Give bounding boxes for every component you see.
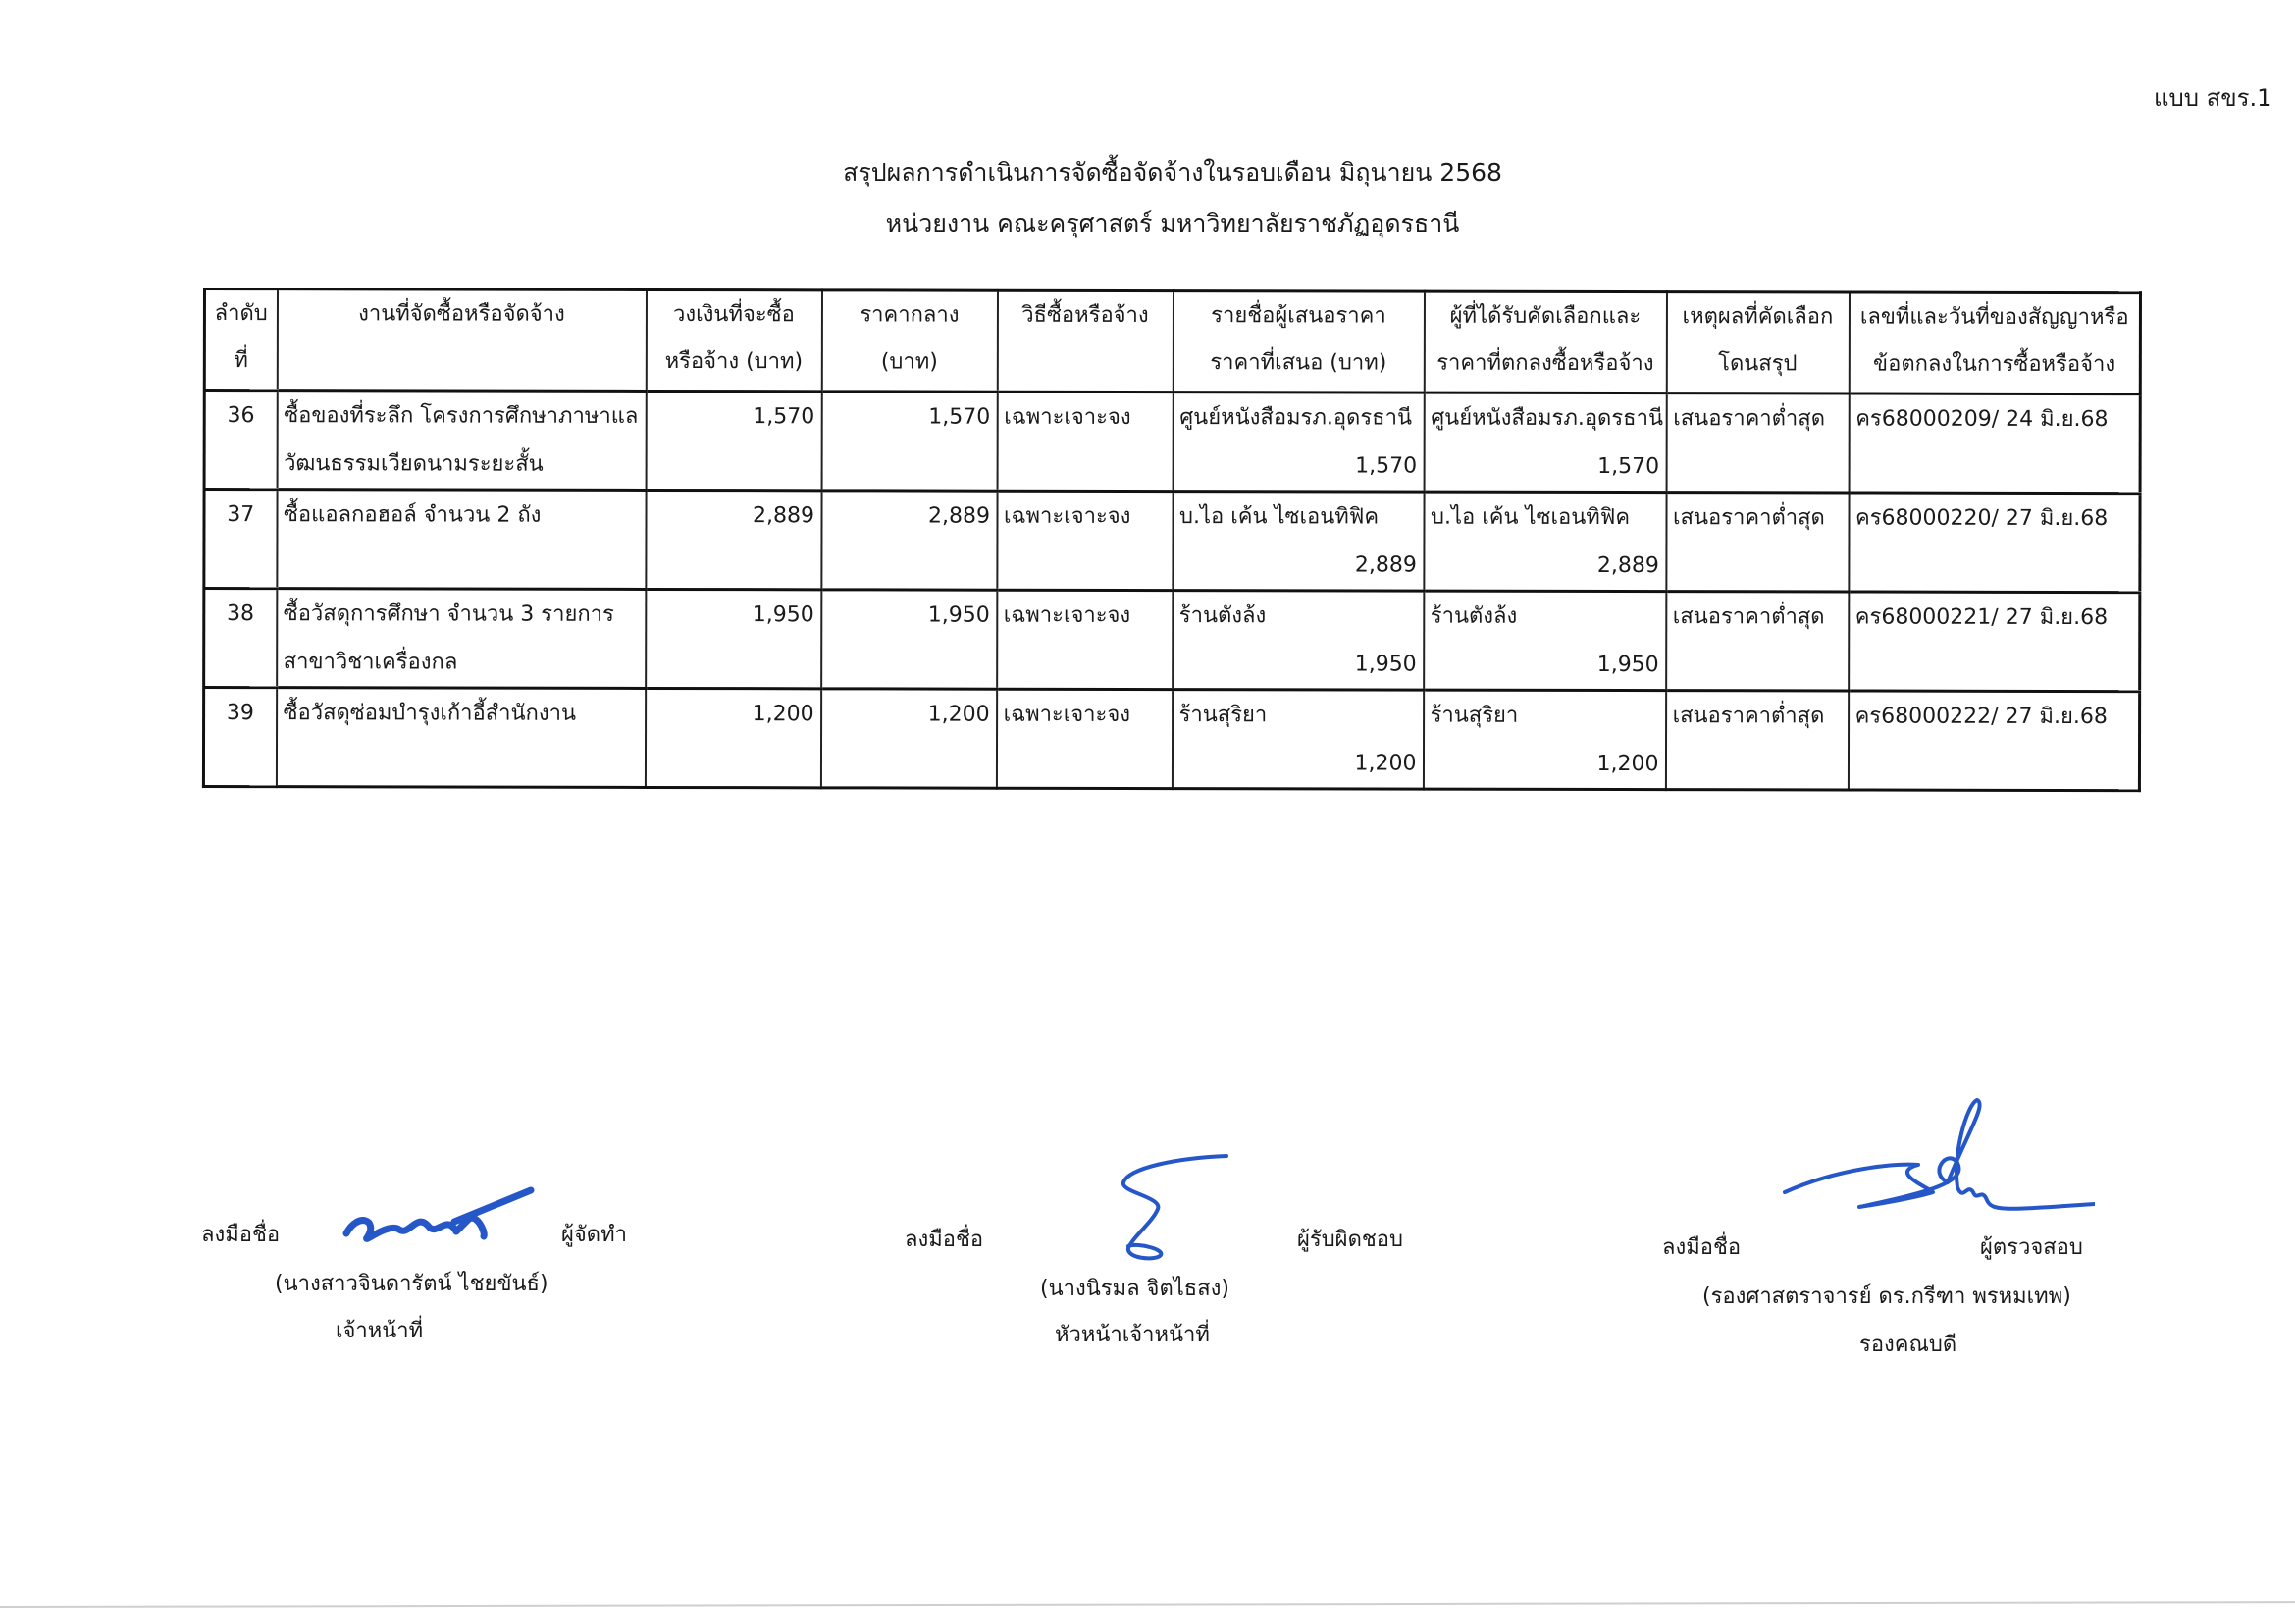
- item-description: ซื้อวัสดุการศึกษา จำนวน 3 รายการ สาขาวิช…: [277, 589, 646, 689]
- procurement-table: ลำดับที่งานที่จัดซื้อหรือจัดจ้างวงเงินที…: [202, 288, 2142, 792]
- procurement-method: เฉพาะเจาะจง: [996, 689, 1172, 788]
- winner-name: ร้านสุริยา: [1431, 692, 1659, 740]
- bidder-name: บ.ไอ เค้น ไซเอนทิฟิค: [1179, 493, 1417, 542]
- reference-price-value: 1,570: [928, 405, 990, 430]
- reference-price-value: 2,889: [928, 504, 990, 529]
- winner-price: 1,950: [1431, 641, 1659, 689]
- bidder: บ.ไอ เค้น ไซเอนทิฟิค2,889: [1173, 492, 1424, 592]
- bidder-price: 1,570: [1179, 442, 1417, 491]
- item-description-line: ซื้อวัสดุการศึกษา จำนวน 3 รายการ: [284, 590, 639, 639]
- row-number: 39: [203, 688, 276, 787]
- row-number-text: 39: [227, 701, 254, 725]
- bidder: ร้านสุริยา1,200: [1172, 690, 1423, 790]
- row-number: 36: [204, 391, 277, 490]
- bidder-name: ร้านตังล้ง: [1179, 592, 1417, 641]
- winner-name: ศูนย์หนังสือมรภ.อุดรธานี: [1431, 394, 1659, 443]
- selected-vendor: บ.ไอ เค้น ไซเอนทิฟิค2,889: [1424, 492, 1666, 592]
- column-header: งานที่จัดซื้อหรือจัดจ้าง: [277, 289, 646, 392]
- column-header-line: ข้อตกลงในการซื้อหรือจ้าง: [1855, 341, 2133, 390]
- bidder-name: ศูนย์หนังสือมรภ.อุดรธานี: [1179, 393, 1417, 443]
- signer-position: เจ้าหน้าที่: [336, 1313, 423, 1347]
- column-header-line: รายชื่อผู้เสนอราคา: [1179, 292, 1417, 341]
- item-description-line: สาขาวิชาเครื่องกล: [284, 638, 639, 687]
- reason-value: เสนอราคาต่ำสุด: [1673, 406, 1825, 431]
- item-description-line: ซื้อแอลกอฮอล์ จำนวน 2 ถัง: [284, 491, 639, 540]
- table-row: 39ซื้อวัสดุซ่อมบำรุงเก้าอี้สำนักงาน 1,20…: [203, 688, 2139, 791]
- method-value: เฉพาะเจาะจง: [1004, 703, 1130, 727]
- item-description-line: [283, 737, 638, 786]
- signer-name: (นางสาวจินดารัตน์ ไชยขันธ์): [275, 1266, 548, 1300]
- column-header: วิธีซื้อหรือจ้าง: [997, 290, 1173, 392]
- column-header: รายชื่อผู้เสนอราคาราคาที่เสนอ (บาท): [1173, 291, 1424, 393]
- column-header-line: ที่: [212, 338, 271, 385]
- reference-price: 1,950: [821, 590, 997, 689]
- item-description-line: ซื้อของที่ระลึก โครงการศึกษาภาษาแล: [284, 392, 639, 441]
- budget-amount: 1,950: [646, 589, 821, 688]
- method-value: เฉพาะเจาะจง: [1004, 504, 1130, 529]
- bidder: ร้านตังล้ง1,950: [1173, 591, 1424, 691]
- budget-value: 2,889: [753, 503, 814, 528]
- column-header-line: (บาท): [828, 339, 990, 386]
- reference-price-value: 1,950: [928, 603, 990, 628]
- reference-price: 1,570: [821, 392, 997, 491]
- table-row: 36ซื้อของที่ระลึก โครงการศึกษาภาษาแลวัฒน…: [204, 391, 2140, 494]
- role-label: ผู้ตรวจสอบ: [1980, 1230, 2083, 1264]
- contract-value: คร68000220/ 27 มิ.ย.68: [1855, 506, 2108, 532]
- selected-vendor: ร้านตังล้ง1,950: [1424, 591, 1666, 691]
- signer-position: หัวหน้าเจ้าหน้าที่: [1055, 1317, 1210, 1351]
- table-body: 36ซื้อของที่ระลึก โครงการศึกษาภาษาแลวัฒน…: [203, 391, 2140, 791]
- contract-reference: คร68000209/ 24 มิ.ย.68: [1849, 393, 2140, 494]
- table-row: 37ซื้อแอลกอฮอล์ จำนวน 2 ถัง 2,8892,889เฉ…: [204, 490, 2140, 593]
- row-number-text: 36: [227, 403, 254, 428]
- page-title: สรุปผลการดำเนินการจัดซื้อจัดจ้างในรอบเดื…: [0, 153, 2295, 192]
- reference-price: 1,200: [820, 689, 996, 788]
- contract-reference: คร68000222/ 27 มิ.ย.68: [1848, 691, 2139, 791]
- selection-reason: เสนอราคาต่ำสุด: [1665, 691, 1848, 790]
- row-number: 38: [204, 589, 277, 688]
- row-number: 37: [204, 490, 277, 589]
- method-value: เฉพาะเจาะจง: [1004, 405, 1130, 430]
- budget-amount: 2,889: [646, 490, 821, 589]
- winner-name: บ.ไอ เค้น ไซเอนทิฟิค: [1431, 494, 1659, 542]
- scan-edge-line: [0, 1601, 2295, 1608]
- form-code: แบบ สขร.1: [2154, 79, 2271, 117]
- column-header-line: วงเงินที่จะซื้อ: [652, 291, 814, 339]
- column-header-line: ราคาที่เสนอ (บาท): [1179, 340, 1417, 388]
- winner-price: 1,200: [1430, 740, 1658, 788]
- column-header: เหตุผลที่คัดเลือกโดนสรุป: [1666, 292, 1849, 393]
- budget-value: 1,950: [753, 602, 814, 627]
- signer-position: รองคณบดี: [1859, 1327, 1956, 1361]
- winner-price: 2,889: [1431, 542, 1659, 590]
- procurement-method: เฉพาะเจาะจง: [997, 491, 1173, 590]
- column-header-line: วิธีซื้อหรือจ้าง: [1004, 292, 1166, 340]
- reason-value: เสนอราคาต่ำสุด: [1673, 704, 1825, 728]
- bidder: ศูนย์หนังสือมรภ.อุดรธานี1,570: [1173, 393, 1424, 493]
- bidder-name: ร้านสุริยา: [1179, 691, 1417, 740]
- role-label: ผู้รับผิดชอบ: [1297, 1222, 1403, 1256]
- column-header-line: ลำดับ: [212, 290, 271, 338]
- selection-reason: เสนอราคาต่ำสุด: [1666, 592, 1849, 691]
- budget-amount: 1,200: [645, 688, 820, 787]
- role-label: ผู้จัดทำ: [561, 1217, 627, 1251]
- column-header-line: เหตุผลที่คัดเลือก: [1673, 293, 1842, 341]
- handwritten-signature-icon: [339, 1182, 535, 1261]
- column-header: เลขที่และวันที่ของสัญญาหรือข้อตกลงในการซ…: [1849, 292, 2140, 394]
- item-description: ซื้อของที่ระลึก โครงการศึกษาภาษาแลวัฒนธร…: [277, 391, 646, 491]
- column-header: ราคากลาง(บาท): [821, 290, 997, 392]
- selected-vendor: ร้านสุริยา1,200: [1423, 690, 1665, 790]
- selection-reason: เสนอราคาต่ำสุด: [1666, 393, 1849, 493]
- winner-name: ร้านตังล้ง: [1431, 593, 1659, 641]
- method-value: เฉพาะเจาะจง: [1004, 603, 1130, 628]
- contract-value: คร68000209/ 24 มิ.ย.68: [1855, 407, 2108, 433]
- budget-value: 1,200: [753, 702, 814, 726]
- handwritten-signature-icon: [1099, 1148, 1236, 1266]
- contract-reference: คร68000221/ 27 มิ.ย.68: [1849, 592, 2140, 692]
- sign-label: ลงมือชื่อ: [1662, 1230, 1741, 1264]
- budget-amount: 1,570: [646, 391, 821, 490]
- item-description-line: ซื้อวัสดุซ่อมบำรุงเก้าอี้สำนักงาน: [284, 689, 639, 738]
- column-header: วงเงินที่จะซื้อหรือจ้าง (บาท): [646, 289, 821, 391]
- column-header-line: ราคากลาง: [828, 291, 990, 339]
- item-description-line: วัฒนธรรมเวียดนามระยะสั้น: [284, 440, 639, 489]
- item-description-line: [284, 539, 639, 588]
- table-header-row: ลำดับที่งานที่จัดซื้อหรือจัดจ้างวงเงินที…: [204, 289, 2140, 394]
- bidder-price: 1,950: [1179, 640, 1417, 689]
- column-header-line: ราคาที่ตกลงซื้อหรือจ้าง: [1431, 341, 1659, 388]
- column-header-line: เลขที่และวันที่ของสัญญาหรือ: [1855, 294, 2133, 342]
- budget-value: 1,570: [753, 404, 814, 429]
- column-header-line: งานที่จัดซื้อหรือจัดจ้าง: [284, 290, 639, 339]
- bidder-price: 2,889: [1179, 541, 1417, 590]
- selection-reason: เสนอราคาต่ำสุด: [1666, 493, 1849, 592]
- reference-price: 2,889: [821, 491, 997, 590]
- table-row: 38ซื้อวัสดุการศึกษา จำนวน 3 รายการ สาขาว…: [204, 589, 2140, 692]
- sign-label: ลงมือชื่อ: [201, 1217, 280, 1251]
- signer-name: (นางนิรมล จิตไธสง): [1040, 1271, 1229, 1305]
- row-number-text: 38: [227, 602, 254, 626]
- contract-value: คร68000222/ 27 มิ.ย.68: [1855, 705, 2108, 730]
- item-description: ซื้อวัสดุซ่อมบำรุงเก้าอี้สำนักงาน: [276, 688, 645, 788]
- contract-value: คร68000221/ 27 มิ.ย.68: [1855, 605, 2108, 631]
- selected-vendor: ศูนย์หนังสือมรภ.อุดรธานี1,570: [1424, 393, 1666, 493]
- contract-reference: คร68000220/ 27 มิ.ย.68: [1849, 493, 2140, 593]
- handwritten-signature-icon: [1781, 1094, 2095, 1227]
- procurement-method: เฉพาะเจาะจง: [997, 590, 1173, 689]
- column-header-line: ผู้ที่ได้รับคัดเลือกและ: [1431, 293, 1659, 341]
- column-header-line: โดนสรุป: [1673, 341, 1842, 388]
- procurement-method: เฉพาะเจาะจง: [997, 392, 1173, 491]
- signer-name: (รองศาสตราจารย์ ดร.กรีฑา พรหมเทพ): [1702, 1279, 2071, 1313]
- column-header: ผู้ที่ได้รับคัดเลือกและราคาที่ตกลงซื้อหร…: [1424, 291, 1666, 393]
- reference-price-value: 1,200: [928, 703, 990, 727]
- winner-price: 1,570: [1431, 443, 1659, 491]
- reason-value: เสนอราคาต่ำสุด: [1673, 505, 1825, 530]
- row-number-text: 37: [227, 502, 254, 527]
- column-header-line: หรือจ้าง (บาท): [652, 339, 814, 386]
- page-subtitle: หน่วยงาน คณะครุศาสตร์ มหาวิทยาลัยราชภัฏอ…: [0, 204, 2295, 243]
- sign-label: ลงมือชื่อ: [905, 1222, 983, 1256]
- item-description: ซื้อแอลกอฮอล์ จำนวน 2 ถัง: [277, 490, 646, 590]
- column-header: ลำดับที่: [204, 289, 277, 391]
- bidder-price: 1,200: [1178, 739, 1416, 788]
- reason-value: เสนอราคาต่ำสุด: [1673, 604, 1825, 629]
